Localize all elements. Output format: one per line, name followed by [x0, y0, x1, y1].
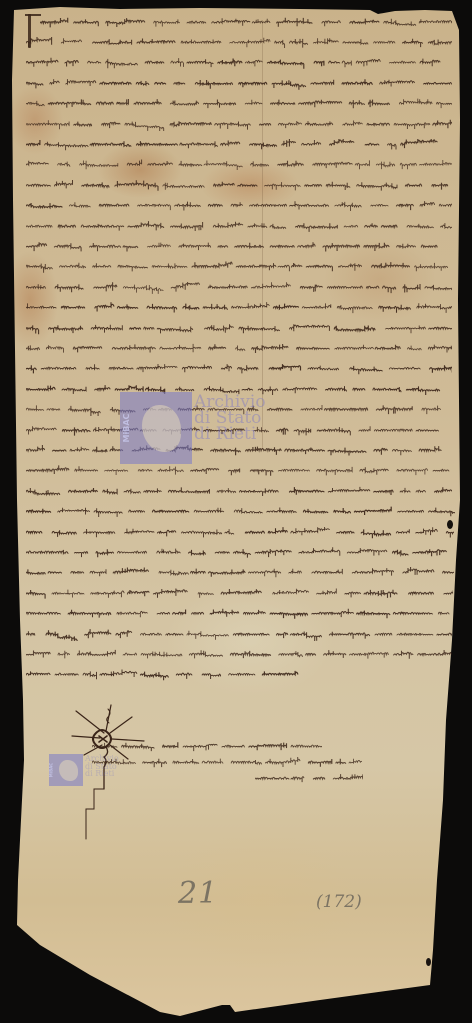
script-line [26, 426, 452, 435]
script-line [26, 283, 452, 292]
edge-damage [447, 520, 453, 529]
script-line [26, 548, 454, 557]
script-line [26, 650, 452, 659]
script-line [26, 671, 300, 680]
script-line [26, 242, 452, 251]
script-line [26, 610, 453, 619]
script-line [26, 181, 452, 190]
notary-signum-icon [66, 703, 176, 843]
script-line [26, 344, 452, 353]
script-line [26, 120, 452, 129]
script-line [40, 18, 452, 27]
script-line [26, 140, 452, 149]
script-line [26, 263, 452, 272]
script-line [26, 385, 452, 394]
initial-letter-bar [25, 14, 41, 16]
script-line [26, 528, 454, 537]
script-line [26, 508, 455, 517]
script-line [26, 630, 452, 639]
script-line [26, 161, 452, 170]
script-line [26, 467, 452, 476]
initial-letter [28, 14, 31, 48]
script-line [26, 589, 453, 598]
archival-old-number: (172) [316, 892, 362, 912]
script-line [26, 365, 452, 374]
script-line [26, 324, 452, 333]
archival-number: 21 [178, 876, 218, 911]
script-line [26, 569, 454, 578]
script-line [26, 100, 452, 109]
script-line [26, 202, 452, 211]
script-line [255, 774, 363, 783]
script-line [26, 38, 452, 47]
script-line [26, 79, 452, 88]
script-line [26, 406, 452, 415]
script-line [26, 304, 452, 313]
manuscript-text-block [0, 0, 472, 1023]
script-line [26, 59, 452, 68]
edge-damage [426, 958, 431, 966]
script-line [26, 446, 452, 455]
script-line [26, 487, 452, 496]
script-line [26, 222, 452, 231]
